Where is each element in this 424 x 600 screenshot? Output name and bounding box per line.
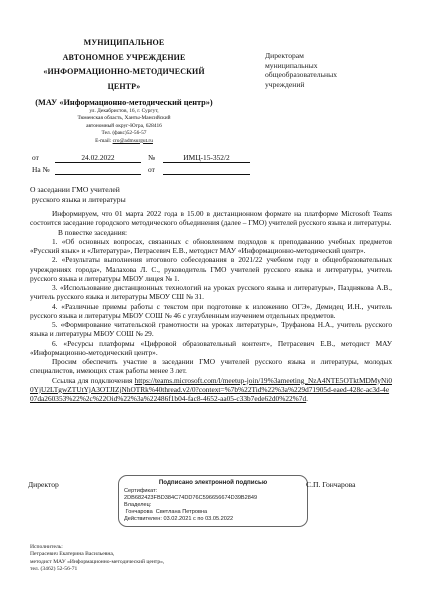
link-label: Ссылка для подключения bbox=[52, 376, 135, 385]
org-name-line: АВТОНОМНОЕ УЧРЕЖДЕНИЕ bbox=[20, 51, 228, 66]
addressee-block: Директорам муниципальных общеобразовател… bbox=[265, 51, 337, 89]
number-label: № bbox=[148, 153, 155, 162]
email-link[interactable]: cro@admsurgut.ru bbox=[113, 138, 153, 144]
request-paragraph: Просим обеспечить участие в заседании ГМ… bbox=[30, 357, 392, 376]
reply-date-field bbox=[163, 165, 250, 175]
org-short-name: (МАУ «Информационно-методический центр») bbox=[20, 97, 228, 108]
signer-title: Директор bbox=[28, 480, 59, 489]
agenda-item: 5. «Формирование читательской грамотност… bbox=[30, 320, 392, 339]
owner-name: Гончарова Светлана Петровна bbox=[124, 509, 302, 516]
org-email: E-mail: cro@admsurgut.ru bbox=[20, 138, 228, 145]
outgoing-number-field: ИМЦ-15-352/2 bbox=[163, 153, 250, 163]
subject: О заседании ГМО учителей русского языка … bbox=[30, 185, 126, 204]
agenda-item: 4. «Различные приемы работы с текстом пр… bbox=[30, 302, 392, 321]
subject-line: русского языка и литературы bbox=[30, 195, 126, 205]
org-name-line: МУНИЦИПАЛЬНОЕ bbox=[20, 36, 228, 51]
signer-name: С.П. Гончарова bbox=[306, 480, 355, 489]
outgoing-row: от 24.02.2022 № ИМЦ-15-352/2 bbox=[32, 153, 242, 165]
from-label: от bbox=[32, 153, 39, 162]
registration-block: от 24.02.2022 № ИМЦ-15-352/2 На № от bbox=[32, 153, 242, 177]
reply-row: На № от bbox=[32, 165, 242, 177]
certificate-id: 2DB682423FBD384C74DD76C596656674D39B2849 bbox=[124, 495, 302, 502]
reply-number-label: На № bbox=[32, 165, 50, 174]
stamp-title: Подписано электронной подписью bbox=[124, 479, 302, 487]
reply-number-field bbox=[55, 165, 141, 175]
subject-line: О заседании ГМО учителей bbox=[30, 185, 126, 195]
link-end: . bbox=[306, 394, 308, 403]
addressee-line: учреждений bbox=[265, 80, 337, 90]
agenda-heading: В повестке заседания: bbox=[30, 228, 392, 237]
executor-name: Петрасевич Екатерина Васильевна, bbox=[30, 551, 164, 558]
reply-from-label: от bbox=[148, 165, 155, 174]
addressee-line: муниципальных bbox=[265, 61, 337, 71]
electronic-signature-stamp: Подписано электронной подписью Сертифика… bbox=[118, 475, 308, 527]
agenda-item: 3. «Использование дистанционных технолог… bbox=[30, 283, 392, 302]
letterhead: МУНИЦИПАЛЬНОЕ АВТОНОМНОЕ УЧРЕЖДЕНИЕ «ИНФ… bbox=[20, 36, 228, 145]
email-label: E-mail: bbox=[95, 138, 113, 144]
agenda-item: 2. «Результаты выполнения итогового собе… bbox=[30, 255, 392, 283]
owner-label: Владелец: bbox=[124, 502, 302, 509]
certificate-label: Сертификат: bbox=[124, 488, 302, 495]
addressee-line: общеобразовательных bbox=[265, 70, 337, 80]
executor-block: Исполнитель: Петрасевич Екатерина Василь… bbox=[30, 544, 164, 574]
link-paragraph: Ссылка для подключения https://teams.mic… bbox=[30, 376, 392, 404]
org-name-line: ЦЕНТР» bbox=[20, 80, 228, 95]
executor-phone: тел. (3462) 52-56-71 bbox=[30, 566, 164, 573]
addressee-line: Директорам bbox=[265, 51, 337, 61]
org-phone: Тел. (факс)52-56-57 bbox=[20, 130, 228, 137]
outgoing-date-field: 24.02.2022 bbox=[55, 153, 141, 163]
agenda-item: 1. «Об основных вопросах, связанных с об… bbox=[30, 237, 392, 256]
executor-label: Исполнитель: bbox=[30, 544, 164, 551]
intro-paragraph: Информируем, что 01 марта 2022 года в 15… bbox=[30, 209, 392, 228]
validity-period: Действителен: 03.02.2021 с по 03.05.2022 bbox=[124, 516, 302, 523]
org-address-line: Тюменская область, Ханты-Мансийский bbox=[20, 115, 228, 122]
letter-body: Информируем, что 01 марта 2022 года в 15… bbox=[30, 209, 392, 403]
agenda-item: 6. «Ресурсы платформы «Цифровой образова… bbox=[30, 339, 392, 358]
org-name-line: «ИНФОРМАЦИОННО-МЕТОДИЧЕСКИЙ bbox=[20, 65, 228, 80]
